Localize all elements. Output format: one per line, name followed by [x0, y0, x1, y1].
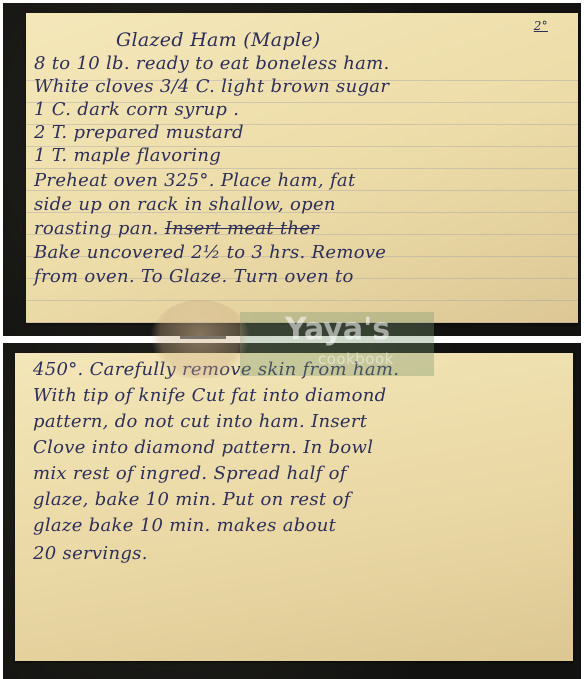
ingredient-line: 8 to 10 lb. ready to eat boneless ham. [34, 53, 390, 74]
instruction-line: With tip of knife Cut fat into diamond [33, 385, 386, 406]
recipe-title: Glazed Ham (Maple) [116, 29, 320, 51]
instruction-line: glaze, bake 10 min. Put on rest of [33, 489, 351, 510]
instruction-text: roasting pan. [34, 218, 165, 239]
recipe-card-front: 2° Glazed Ham (Maple) 8 to 10 lb. ready … [26, 13, 578, 323]
ingredient-line: White cloves 3/4 C. light brown sugar [34, 76, 389, 97]
struck-out-text: Insert meat ther [165, 218, 319, 239]
recipe-card-back: 450°. Carefully remove skin from ham. Wi… [15, 353, 573, 661]
instruction-line: pattern, do not cut into ham. Insert [33, 411, 367, 432]
recipe-card-photo-top: 2° Glazed Ham (Maple) 8 to 10 lb. ready … [3, 3, 581, 336]
instruction-line: from oven. To Glaze. Turn oven to [34, 266, 354, 287]
ingredient-line: 1 C. dark corn syrup . [34, 99, 239, 120]
instruction-line: roasting pan. Insert meat ther [34, 218, 319, 239]
instruction-line: Bake uncovered 2½ to 3 hrs. Remove [34, 242, 386, 263]
page-number: 2° [534, 19, 548, 33]
instruction-line: Clove into diamond pattern. In bowl [33, 437, 373, 458]
ingredient-line: 2 T. prepared mustard [34, 122, 244, 143]
servings-line: 20 servings. [33, 543, 148, 564]
instruction-line: mix rest of ingred. Spread half of [33, 463, 347, 484]
recipe-card-photo-bottom: 450°. Carefully remove skin from ham. Wi… [3, 343, 581, 679]
ingredient-line: 1 T. maple flavoring [34, 145, 221, 166]
instruction-line: 450°. Carefully remove skin from ham. [33, 359, 399, 380]
instruction-line: Preheat oven 325°. Place ham, fat [34, 170, 356, 191]
instruction-line: side up on rack in shallow, open [34, 194, 336, 215]
instruction-line: glaze bake 10 min. makes about [33, 515, 336, 536]
